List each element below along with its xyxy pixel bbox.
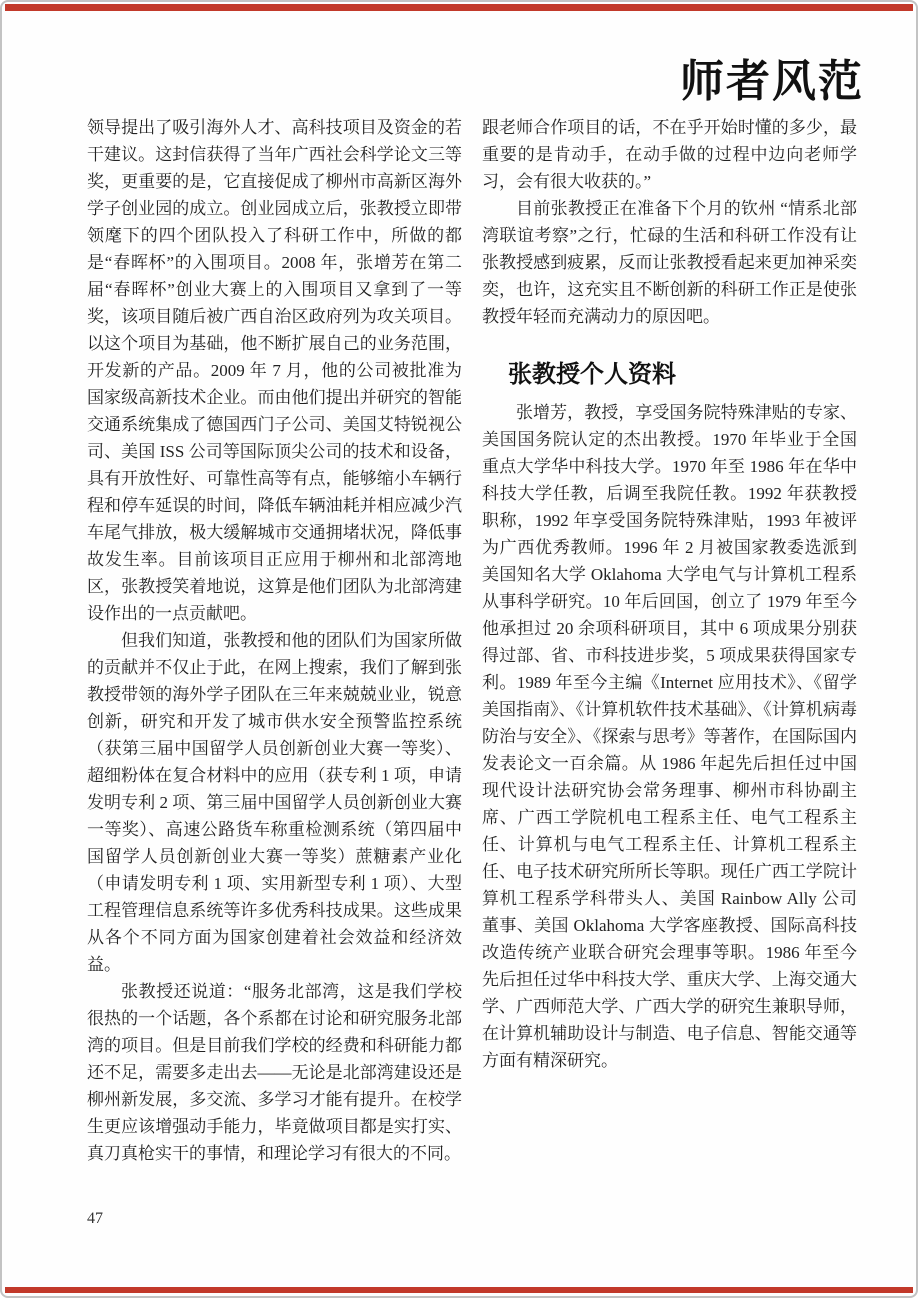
paragraph: 目前张教授正在准备下个月的钦州 “情系北部湾联谊考察”之行，忙碌的生活和科研工作… [482, 195, 857, 330]
paragraph-continuation: 领导提出了吸引海外人才、高科技项目及资金的若干建议。这封信获得了当年广西社会科学… [87, 114, 462, 627]
magazine-page: 师者风范 领导提出了吸引海外人才、高科技项目及资金的若干建议。这封信获得了当年广… [0, 0, 918, 1298]
top-accent-bar [5, 4, 913, 11]
page-number: 47 [87, 1210, 103, 1228]
bottom-accent-bar [5, 1287, 913, 1293]
paragraph: 张增芳，教授，享受国务院特殊津贴的专家、美国国务院认定的杰出教授。1970 年毕… [482, 399, 857, 1074]
section-heading-professor-profile: 张教授个人资料 [508, 361, 857, 390]
article-body: 领导提出了吸引海外人才、高科技项目及资金的若干建议。这封信获得了当年广西社会科学… [87, 114, 857, 1167]
right-column: 跟老师合作项目的话，不在乎开始时懂的多少，最重要的是肯动手，在动手做的过程中边向… [482, 114, 857, 1167]
masthead-title: 师者风范 [680, 58, 864, 106]
paragraph: 但我们知道，张教授和他的团队们为国家所做的贡献并不仅止于此，在网上搜索，我们了解… [87, 627, 462, 978]
paragraph-continuation: 跟老师合作项目的话，不在乎开始时懂的多少，最重要的是肯动手，在动手做的过程中边向… [482, 114, 857, 195]
left-column: 领导提出了吸引海外人才、高科技项目及资金的若干建议。这封信获得了当年广西社会科学… [87, 114, 462, 1167]
paragraph: 张教授还说道：“服务北部湾，这是我们学校很热的一个话题，各个系都在讨论和研究服务… [87, 978, 462, 1167]
